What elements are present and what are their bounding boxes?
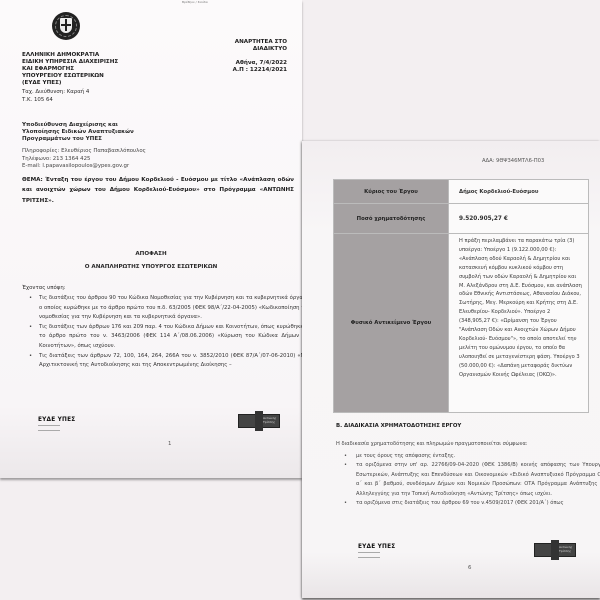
org-line: ΕΛΛΗΝΙΚΗ ΔΗΜΟΚΡΑΤΙΑ — [22, 52, 118, 59]
address-line: Ταχ. Διεύθυνση: Καραή 4 — [22, 89, 89, 97]
project-details-table: Κύριος του Έργου Δήμος Κορδελιού-Ευόσμου… — [333, 179, 589, 413]
funding-procedure-list: με τους όρους της απόφασης ένταξης. τα ο… — [338, 452, 600, 508]
section-intro: Η διαδικασία χρηματοδότησης και πληρωμών… — [336, 441, 528, 447]
having-regard-label: Έχοντας υπόψη: — [22, 285, 66, 293]
logo-text: Αντώνης Τρίτσης — [559, 546, 573, 553]
decision-title: ΑΠΟΦΑΣΗ — [0, 251, 302, 257]
department-unit: Υποδιεύθυνση Διαχείρισης και Υλοποίησης … — [22, 122, 134, 143]
list-item: Τις διατάξεις των άρθρων 72, 100, 164, 2… — [39, 352, 311, 371]
row-label: Φυσικό Αντικείμενο Έργου — [334, 234, 449, 413]
greek-coat-of-arms-icon — [52, 12, 80, 40]
row-label: Ποσό χρηματοδότησης — [334, 204, 449, 234]
row-value: 9.520.905,27 € — [449, 204, 589, 234]
list-item: Τις διατάξεις των άρθρων 176 και 209 παρ… — [39, 323, 311, 352]
logo-text: ΕΥΔΕ ΥΠΕΣ — [358, 544, 395, 550]
stamp-mark: Βρέθηκε / Σελίδα — [182, 1, 208, 5]
row-label: Κύριος του Έργου — [334, 180, 449, 204]
org-line: ΕΙΔΙΚΗ ΥΠΗΡΕΣΙΑ ΔΙΑΧΕΙΡΙΣΗΣ — [22, 59, 118, 66]
posting-notice: ΑΝΑΡΤΗΤΕΑ ΣΤΟ ΔΙΑΔΙΚΤΥΟ — [199, 39, 287, 53]
org-line: ΚΑΙ ΕΦΑΡΜΟΓΗΣ — [22, 66, 118, 73]
list-item: τα οριζόμενα στην υπ' αρ. 22766/09-04-20… — [356, 461, 600, 499]
page-number: 1 — [168, 441, 171, 447]
issuing-organization: ΕΛΛΗΝΙΚΗ ΔΗΜΟΚΡΑΤΙΑ ΕΙΔΙΚΗ ΥΠΗΡΕΣΙΑ ΔΙΑΧ… — [22, 52, 118, 87]
org-line: ΥΠΟΥΡΓΕΙΟΥ ΕΣΩΤΕΡΙΚΩΝ — [22, 73, 118, 80]
ada-code: ΑΔΑ: 9ΘΨ346ΜΤΛ6-Π03 — [482, 158, 544, 164]
eyde-ypes-logo: ΕΥΔΕ ΥΠΕΣ — [38, 417, 75, 431]
document-header-right: ΑΝΑΡΤΗΤΕΑ ΣΤΟ ΔΙΑΔΙΚΤΥΟ Αθήνα, 7/4/2022 … — [199, 39, 287, 74]
antonis-tritsis-logo: Αντώνης Τρίτσης — [534, 543, 576, 557]
decision-subtitle: Ο ΑΝΑΠΛΗΡΩΤΗΣ ΥΠΟΥΡΓΟΣ ΕΣΩΤΕΡΙΚΩΝ — [0, 264, 302, 270]
table-row: Ποσό χρηματοδότησης 9.520.905,27 € — [334, 204, 589, 234]
unit-line: Υλοποίησης Ειδικών Αναπτυξιακών — [22, 129, 134, 136]
list-item: Τις διατάξεις του άρθρου 90 του Κώδικα Ν… — [39, 294, 311, 323]
legal-basis-list: Τις διατάξεις του άρθρου 90 του Κώδικα Ν… — [22, 294, 311, 371]
section-title: Β. ΔΙΑΔΙΚΑΣΙΑ ΧΡΗΜΑΤΟΔΟΤΗΣΗΣ ΕΡΓΟΥ — [336, 423, 461, 429]
list-item: με τους όρους της απόφασης ένταξης. — [356, 452, 600, 461]
org-line: (ΕΥΔΕ ΥΠΕΣ) — [22, 80, 118, 87]
antonis-tritsis-logo: Αντώνης Τρίτσης — [238, 414, 280, 428]
logo-subline — [38, 425, 60, 431]
eyde-ypes-logo: ΕΥΔΕ ΥΠΕΣ — [358, 544, 395, 558]
document-page-1: Βρέθηκε / Σελίδα ΑΝΑΡΤΗΤΕΑ ΣΤΟ ΔΙΑΔΙΚΤΥΟ… — [0, 0, 302, 478]
table-row: Κύριος του Έργου Δήμος Κορδελιού-Ευόσμου — [334, 180, 589, 204]
unit-line: Υποδιεύθυνση Διαχείρισης και — [22, 122, 134, 129]
document-date: Αθήνα, 7/4/2022 — [199, 60, 287, 67]
document-page-6: ΑΔΑ: 9ΘΨ346ΜΤΛ6-Π03 Κύριος του Έργου Δήμ… — [302, 141, 600, 598]
row-value: Η πράξη περιλαμβάνει τα παρακάτω τρία (3… — [449, 234, 589, 413]
contact-info: Πληροφορίες: Ελευθέριος Παπαβασιλόπουλος… — [22, 148, 146, 171]
protocol-number: Α.Π : 12214/2021 — [199, 67, 287, 74]
subject-line: ΘΕΜΑ: Ένταξη του έργου του Δήμου Κορδελι… — [22, 175, 294, 206]
page-number: 6 — [468, 565, 471, 571]
contact-email: E-mail: l.papavasilopoulos@ypes.gov.gr — [22, 163, 146, 171]
postal-code: Τ.Κ. 105 64 — [22, 97, 89, 105]
logo-text: Αντώνης Τρίτσης — [263, 417, 277, 424]
logo-text: ΕΥΔΕ ΥΠΕΣ — [38, 417, 75, 423]
unit-line: Προγραμμάτων του ΥΠΕΣ — [22, 136, 134, 143]
contact-phone: Τηλέφωνο: 213 1364 425 — [22, 156, 146, 164]
postal-address: Ταχ. Διεύθυνση: Καραή 4 Τ.Κ. 105 64 — [22, 89, 89, 104]
logo-subline — [358, 552, 380, 558]
list-item: τα οριζόμενα στις διατάξεις του άρθρου 6… — [356, 499, 600, 508]
table-row: Φυσικό Αντικείμενο Έργου Η πράξη περιλαμ… — [334, 234, 589, 413]
row-value: Δήμος Κορδελιού-Ευόσμου — [449, 180, 589, 204]
contact-person: Πληροφορίες: Ελευθέριος Παπαβασιλόπουλος — [22, 148, 146, 156]
